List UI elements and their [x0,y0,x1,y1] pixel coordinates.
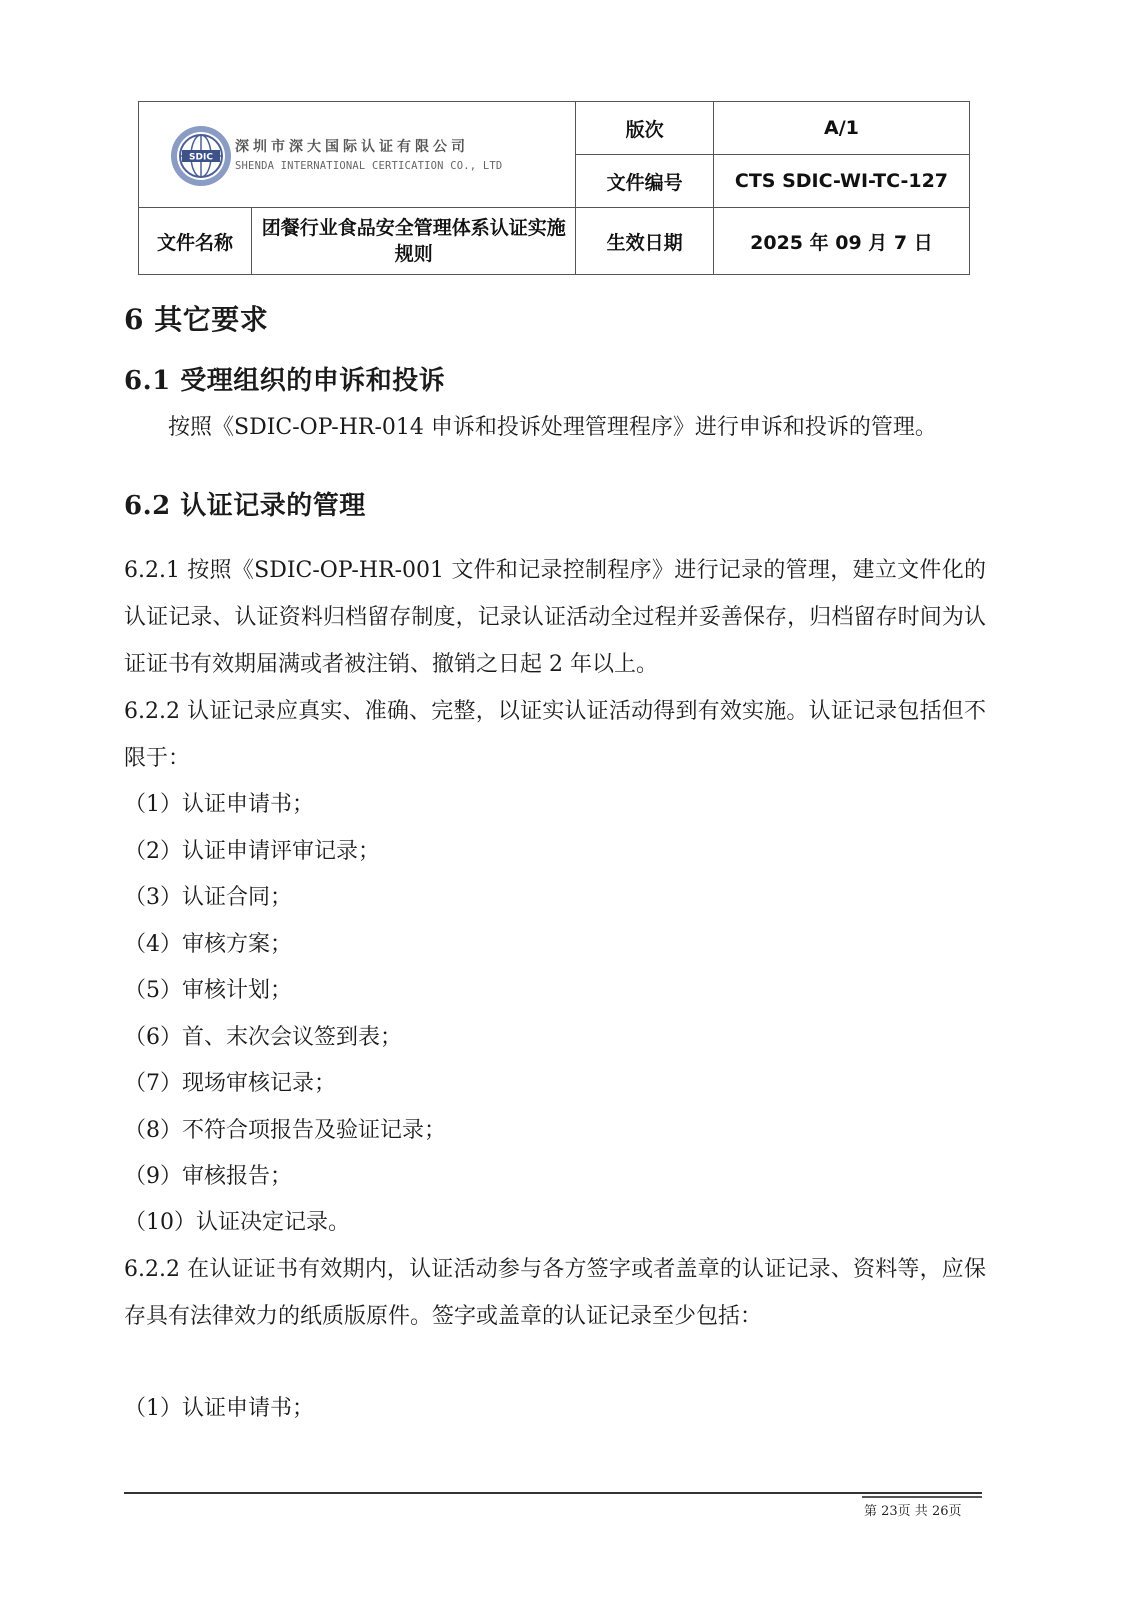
version-label: 版次 [576,102,714,155]
version-value: A/1 [713,102,969,155]
doc-number-label: 文件编号 [576,155,714,208]
section-heading-6: 6 其它要求 [124,298,268,338]
paragraph-6-2-1: 6.2.1 按照《SDIC-OP-HR-001 文件和记录控制程序》进行记录的管… [124,547,986,688]
list-item: （7）现场审核记录； [124,1060,336,1107]
doc-number-value: CTS SDIC-WI-TC-127 [713,155,969,208]
effective-date-value: 2025 年 09 月 7 日 [713,208,969,275]
list-item: （2）认证申请评审记录； [124,828,380,875]
list-item: （1）认证申请书； [124,1385,314,1432]
doc-name-label: 文件名称 [139,208,252,275]
list-item: （5）审核计划； [124,967,292,1014]
list-item: （6）首、末次会议签到表； [124,1014,402,1061]
section-heading-6-2: 6.2 认证记录的管理 [124,485,366,522]
document-header-table: SDIC 深圳市深大国际认证有限公司 SHENDA INTERNATIONAL … [138,101,970,275]
paragraph-6-1: 按照《SDIC-OP-HR-014 申诉和投诉处理管理程序》进行申诉和投诉的管理… [124,410,986,446]
list-item: （10）认证决定记录。 [124,1199,350,1246]
list-item: （8）不符合项报告及验证记录； [124,1107,446,1154]
list-item: （9）审核报告； [124,1153,292,1200]
section-heading-6-1: 6.1 受理组织的申诉和投诉 [124,360,445,397]
list-item: （4）审核方案； [124,921,292,968]
page-number: 第 23页 共 26页 [864,1500,961,1519]
footer-divider [124,1492,982,1494]
company-globe-logo-icon: SDIC [169,124,233,188]
doc-name-value: 团餐行业食品安全管理体系认证实施规则 [252,208,576,275]
paragraph-6-2-2b: 6.2.2 在认证证书有效期内，认证活动参与各方签字或者盖章的认证记录、资料等，… [124,1246,986,1340]
svg-text:SDIC: SDIC [189,153,213,163]
effective-date-label: 生效日期 [576,208,714,275]
company-logo-cell: SDIC 深圳市深大国际认证有限公司 SHENDA INTERNATIONAL … [139,102,576,208]
company-name-en: SHENDA INTERNATIONAL CERTICATION CO., LT… [235,160,502,172]
footer-divider-short [862,1496,982,1498]
company-name-cn: 深圳市深大国际认证有限公司 [235,136,502,156]
list-item: （3）认证合同； [124,874,292,921]
paragraph-6-2-2a: 6.2.2 认证记录应真实、准确、完整，以证实认证活动得到有效实施。认证记录包括… [124,688,986,782]
list-item: （1）认证申请书； [124,781,314,828]
